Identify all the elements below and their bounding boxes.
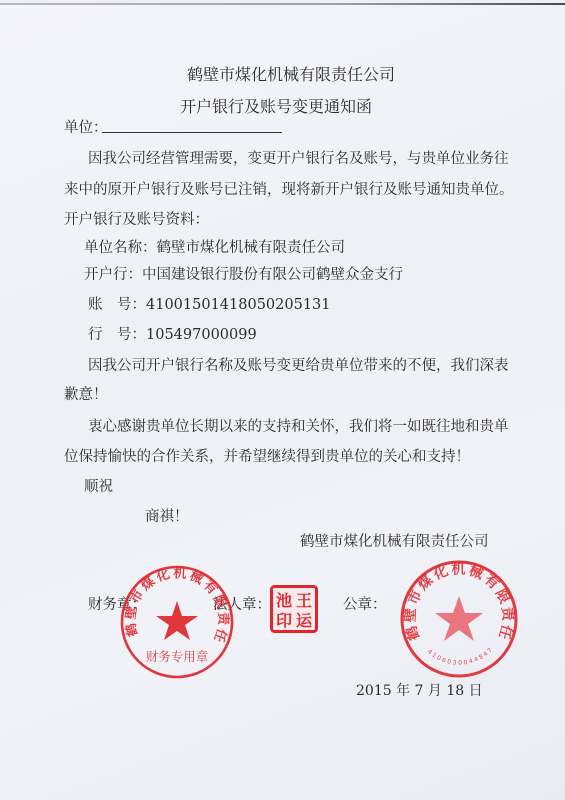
legal-seal-graphic: 王 运 池 印 [270, 585, 318, 633]
legal-seal-char-3: 池 [276, 591, 292, 610]
date: 2015 年 7 月 18 日 [356, 682, 483, 700]
paragraph2-line2: 歉意！ [64, 386, 108, 404]
paragraph1-line2: 来中的原开户银行及账号已注销，现将新开户银行及账号通知贵单位。 [64, 181, 514, 199]
company-seal-graphic: 鹤壁市煤化机械有限责任公司 4106030044847 [398, 558, 520, 680]
company-seal-serial: 4106030044847 [426, 647, 494, 667]
info-heading: 开户银行及账号资料： [64, 211, 209, 229]
paragraph1-line1: 因我公司经营管理需要，变更开户银行名及账号，与贵单位业务往 [88, 150, 509, 168]
closing-greeting: 顺祝 [84, 478, 113, 496]
paragraph3-line1: 衷心感谢贵单位长期以来的支持和关怀，我们将一如既往地和贵单 [88, 418, 509, 436]
recipient-label: 单位： [64, 119, 108, 137]
star-icon [435, 596, 483, 641]
info-name-row: 单位名称：鹤壁市煤化机械有限责任公司 [84, 239, 345, 257]
info-name-value: 鹤壁市煤化机械有限责任公司 [157, 240, 346, 256]
info-bank-label: 开户行： [84, 267, 142, 283]
notice-title: 开户银行及账号变更通知函 [180, 98, 372, 116]
paragraph3-line2: 位保持愉快的合作关系，并希望继续得到贵单位的关心和支持！ [64, 448, 470, 466]
signature-company: 鹤壁市煤化机械有限责任公司 [300, 533, 489, 551]
info-account-value: 41001501418050205131 [146, 297, 331, 313]
star-icon [156, 601, 198, 640]
recipient-blank-line [102, 132, 282, 133]
info-account-row: 账 号：41001501418050205131 [88, 296, 331, 314]
paragraph2-line1: 因我公司开户银行名称及账号变更给贵单位带来的不便，我们深表 [88, 357, 509, 375]
info-account-label: 账 号： [88, 297, 146, 313]
info-bank-code-row: 行 号：105497000099 [88, 326, 257, 344]
info-bank-code-label: 行 号： [88, 327, 146, 343]
info-bank-row: 开户行：中国建设银行股份有限公司鹤壁众金支行 [84, 266, 403, 284]
finance-seal: 鹤壁市煤化机械有限责任公司 财务专用章 [118, 563, 236, 681]
legal-seal: 王 运 池 印 [270, 585, 318, 633]
legal-seal-char-2: 运 [296, 611, 313, 630]
company-title: 鹤壁市煤化机械有限责任公司 [187, 66, 395, 84]
scan-edge-line [0, 3, 565, 5]
legal-seal-char-4: 印 [276, 611, 292, 630]
svg-text:4106030044847: 4106030044847 [426, 647, 494, 667]
info-name-label: 单位名称： [84, 240, 157, 256]
company-seal: 鹤壁市煤化机械有限责任公司 4106030044847 [398, 558, 520, 680]
company-seal-label: 公章： [343, 596, 387, 614]
info-bank-code-value: 105497000099 [146, 327, 257, 343]
finance-seal-graphic: 鹤壁市煤化机械有限责任公司 财务专用章 [118, 563, 236, 681]
finance-seal-bottom-text: 财务专用章 [146, 649, 209, 664]
info-bank-value: 中国建设银行股份有限公司鹤壁众金支行 [142, 267, 403, 283]
legal-seal-char-1: 王 [296, 591, 312, 610]
closing-wish: 商祺！ [145, 508, 189, 526]
